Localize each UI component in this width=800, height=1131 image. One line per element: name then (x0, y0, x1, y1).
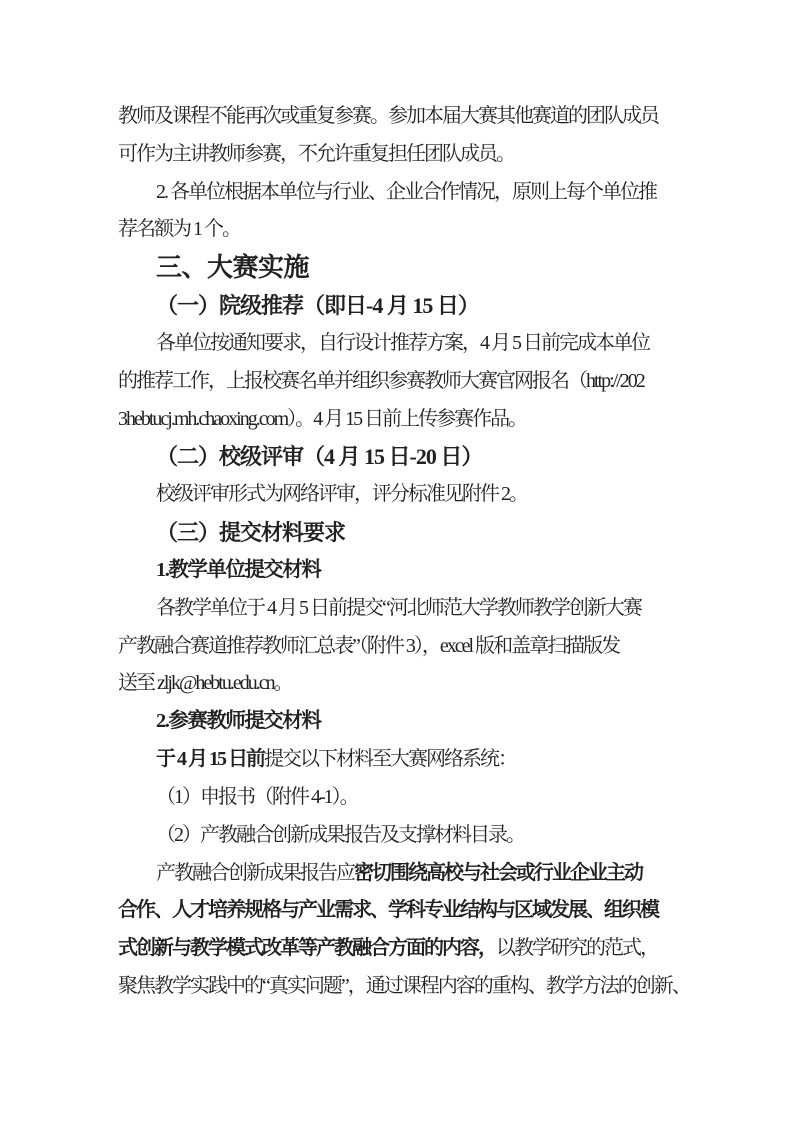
line-segment: 教师及课程不能再次或重复参赛。参加本届大赛其他赛道的团队成员 (118, 105, 658, 127)
text-line: 教师及课程不能再次或重复参赛。参加本届大赛其他赛道的团队成员 (118, 98, 684, 136)
text-line: 各单位按通知要求，自行设计推荐方案，4 月 5 日前完成本单位 (118, 325, 684, 363)
text-line: 校级评审形式为网络评审，评分标准见附件 2。 (118, 476, 684, 514)
text-line: 荐名额为 1 个。 (118, 211, 684, 249)
line-segment: （二）校级评审（4 月 15 日-20 日） (156, 444, 482, 469)
text-line: 各教学单位于 4 月 5 日前提交“河北师范大学教师教学创新大赛 (118, 590, 684, 628)
text-line: 式创新与教学模式改革等产教融合方面的内容，以教学研究的范式， (118, 930, 684, 968)
line-segment: 各单位按通知要求，自行设计推荐方案，4 月 5 日前完成本单位 (156, 332, 649, 354)
subsection-heading-3: （三）提交材料要求 (118, 514, 684, 552)
section-heading-3: 三、大赛实施 (118, 249, 684, 287)
text-line: 的推荐工作，上报校赛名单并组织参赛教师大赛官网报名（http://202 (118, 363, 684, 401)
text-line-email: 送至 zljk@hebtu.edu.cn。 (118, 665, 684, 703)
text-line: 2. 各单位根据本单位与行业、企业合作情况，原则上每个单位推 (118, 174, 684, 212)
line-segment: 聚焦教学实践中的“真实问题”，通过课程内容的重构、教学方法的创新、 (118, 975, 690, 997)
line-segment: 3hebtucj.mh.chaoxing.com）。4 月 15 日前上传参赛作… (118, 408, 526, 430)
text-line: 于 4 月 15 日前提交以下材料至大赛网络系统： (118, 741, 684, 779)
line-segment-bold: 式创新与教学模式改革等产教融合方面的内容， (118, 937, 496, 959)
line-segment: 的推荐工作，上报校赛名单并组织参赛教师大赛官网报名（http://202 (118, 370, 644, 392)
line-segment: （一）院级推荐（即日-4 月 15 日） (156, 293, 479, 318)
line-segment: 荐名额为 1 个。 (118, 218, 240, 240)
line-segment-bold: 于 4 月 15 日前 (156, 748, 264, 770)
line-segment: 校级评审形式为网络评审，评分标准见附件 2。 (156, 483, 527, 505)
line-segment: （2）产教融合创新成果报告及支撑材料目录。 (156, 824, 524, 846)
text-line: （2）产教融合创新成果报告及支撑材料目录。 (118, 817, 684, 855)
text-line: 产教融合赛道推荐教师汇总表”（附件 3），excel 版和盖章扫描版发 (118, 628, 684, 666)
text-line: 可作为主讲教师参赛，不允许重复担任团队成员。 (118, 136, 684, 174)
line-segment: 产教融合创新成果报告应 (156, 862, 354, 884)
line-segment: （三）提交材料要求 (156, 520, 345, 545)
line-segment: 以教学研究的范式， (496, 937, 658, 959)
text-line: 产教融合创新成果报告应密切围绕高校与社会或行业企业主动 (118, 855, 684, 893)
line-segment: 产教融合赛道推荐教师汇总表”（附件 3），excel 版和盖章扫描版发 (118, 635, 619, 657)
subsection-heading-1: （一）院级推荐（即日-4 月 15 日） (118, 287, 684, 325)
line-segment-bold: 密切围绕高校与社会或行业企业主动 (354, 862, 642, 884)
text-line: 3hebtucj.mh.chaoxing.com）。4 月 15 日前上传参赛作… (118, 401, 684, 439)
line-segment: 2.参赛教师提交材料 (156, 710, 320, 732)
text-line: 聚焦教学实践中的“真实问题”，通过课程内容的重构、教学方法的创新、 (118, 968, 684, 1006)
line-segment: 可作为主讲教师参赛，不允许重复担任团队成员。 (118, 143, 514, 165)
line-segment: 1.教学单位提交材料 (156, 559, 320, 581)
line-segment: 提交以下材料至大赛网络系统： (264, 748, 516, 770)
line-segment: 三、大赛实施 (156, 252, 309, 282)
line-segment: 各教学单位于 4 月 5 日前提交“河北师范大学教师教学创新大赛 (156, 597, 641, 619)
document-page: 教师及课程不能再次或重复参赛。参加本届大赛其他赛道的团队成员 可作为主讲教师参赛… (0, 0, 800, 1131)
line-segment: 送至 zljk@hebtu.edu.cn。 (118, 672, 292, 694)
line-segment-bold: 合作、人才培养规格与产业需求、学科专业结构与区域发展、组织模 (118, 899, 658, 921)
subsection-heading-2: （二）校级评审（4 月 15 日-20 日） (118, 438, 684, 476)
text-line: 合作、人才培养规格与产业需求、学科专业结构与区域发展、组织模 (118, 892, 684, 930)
document-body: 教师及课程不能再次或重复参赛。参加本届大赛其他赛道的团队成员 可作为主讲教师参赛… (118, 98, 684, 1006)
line-segment: （1）申报书（附件 4-1）。 (156, 786, 358, 808)
item-heading-2: 2.参赛教师提交材料 (118, 703, 684, 741)
item-heading-1: 1.教学单位提交材料 (118, 552, 684, 590)
text-line: （1）申报书（附件 4-1）。 (118, 779, 684, 817)
line-segment: 2. 各单位根据本单位与行业、企业合作情况，原则上每个单位推 (156, 181, 656, 203)
